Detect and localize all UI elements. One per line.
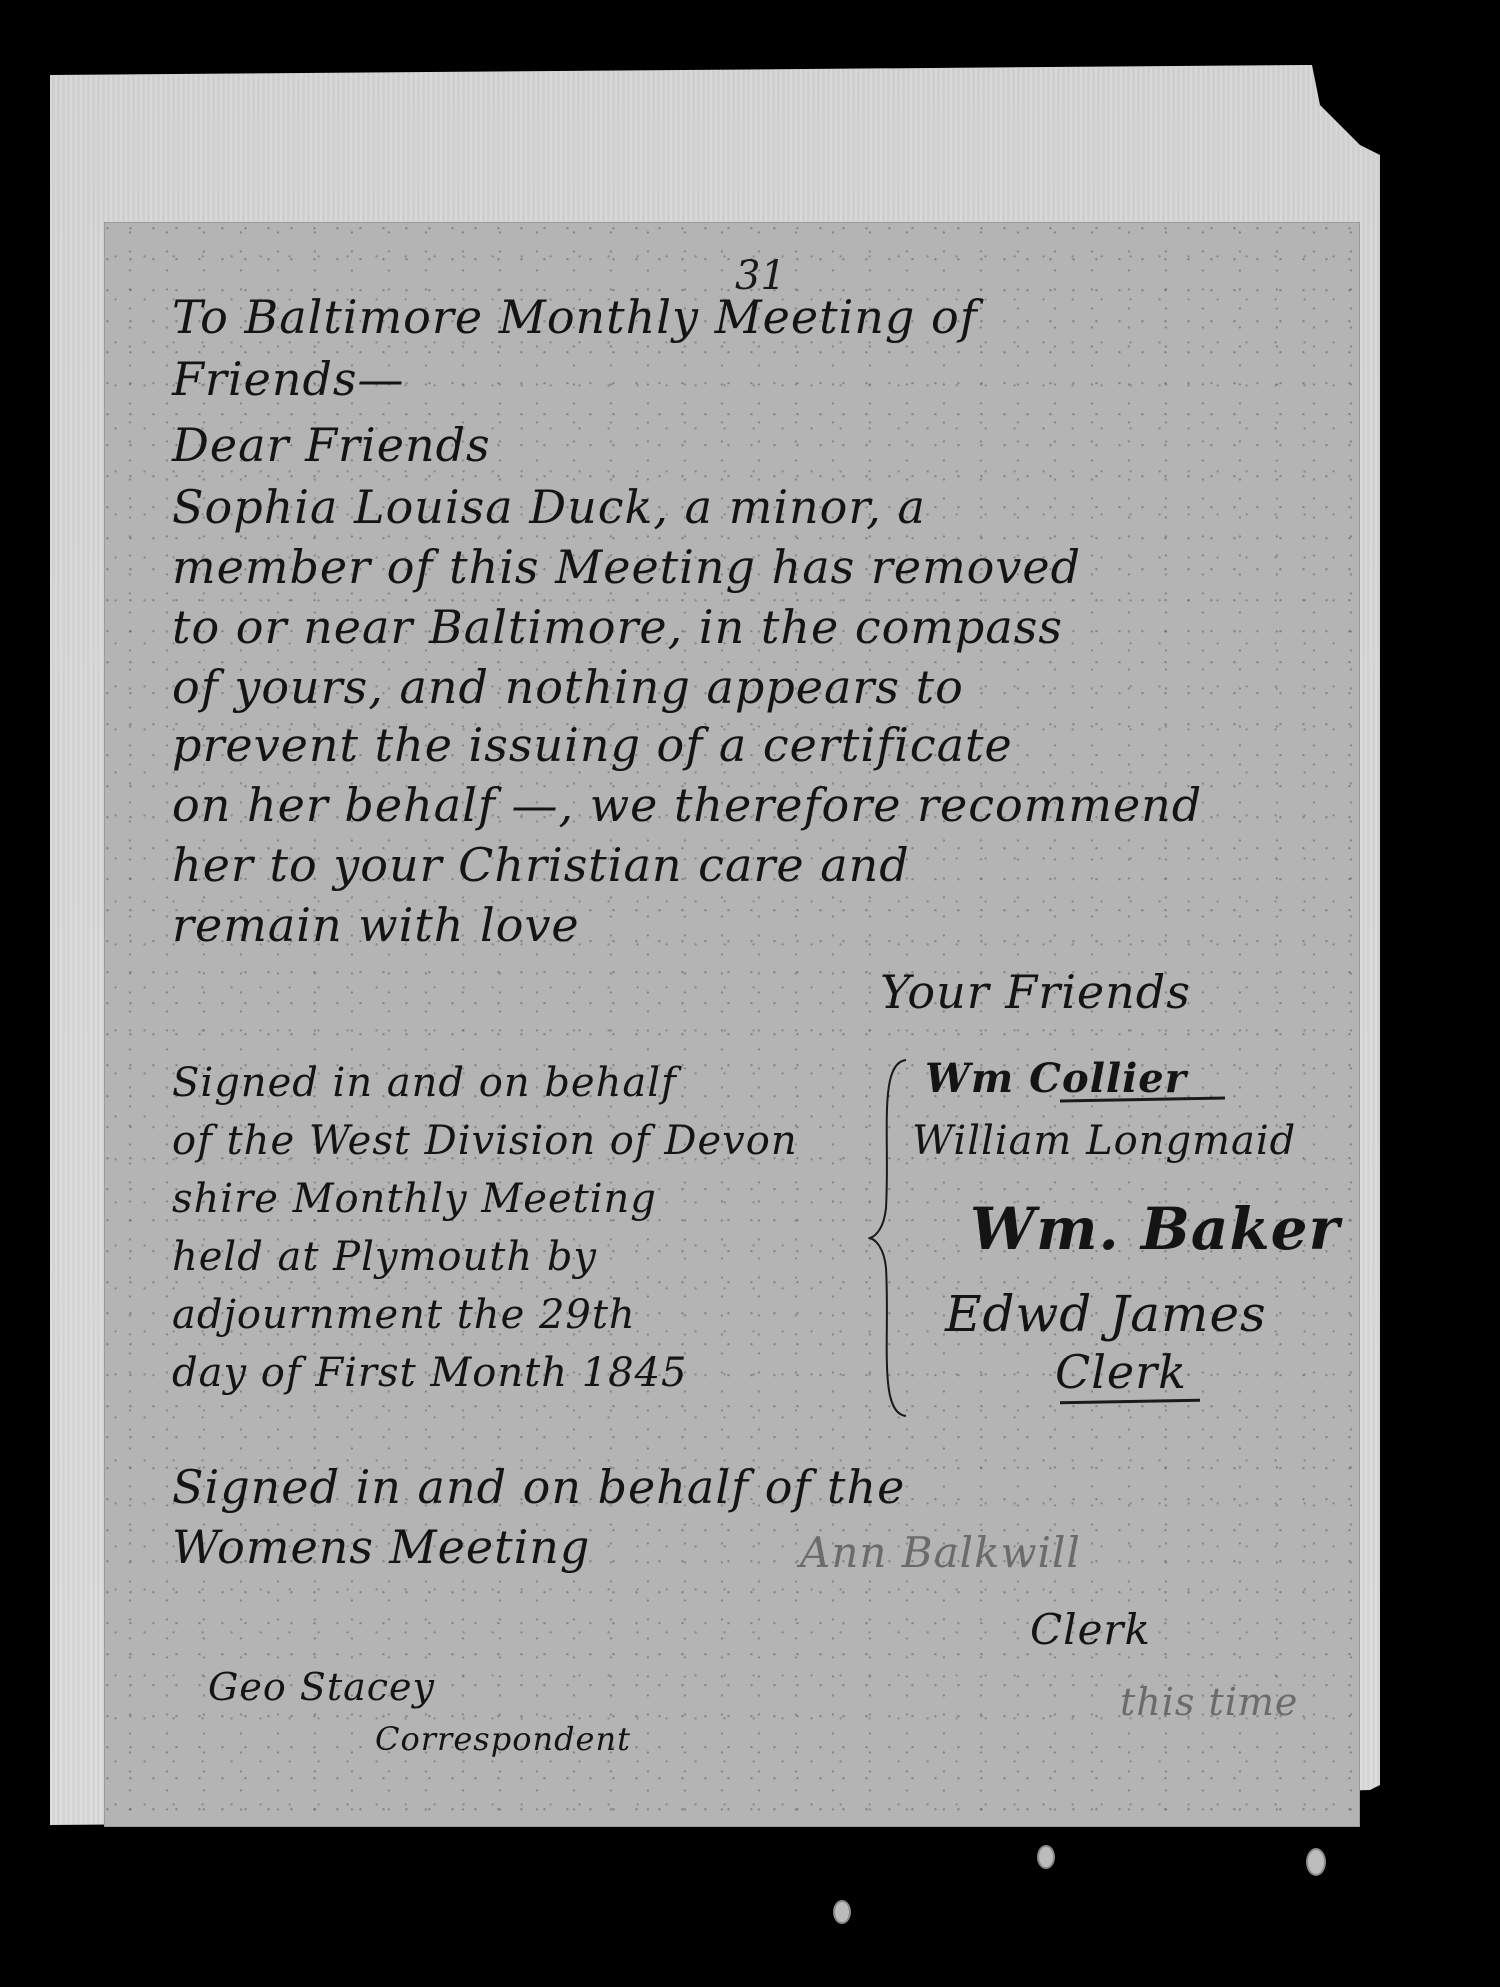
greeting: Dear Friends [172, 418, 491, 472]
clerk-label-womens: Clerk [1030, 1605, 1151, 1654]
paper-hole-mark [1306, 1848, 1326, 1876]
signature-geo-stacey: Geo Stacey [208, 1665, 435, 1709]
meeting-line: of the West Division of Devon [172, 1118, 798, 1164]
note-this-time: this time [1120, 1680, 1298, 1724]
address-line-1: To Baltimore Monthly Meeting of [172, 290, 978, 344]
signature-ann-balkwill: Ann Balkwill [800, 1528, 1081, 1577]
body-line: of yours, and nothing appears to [172, 660, 964, 714]
paper-hole-mark [1037, 1845, 1055, 1869]
body-line: prevent the issuing of a certificate [172, 718, 1013, 772]
womens-meeting-line: Womens Meeting [172, 1520, 590, 1574]
signature-william-longmaid: William Longmaid [912, 1118, 1296, 1164]
correspondent-label: Correspondent [375, 1720, 631, 1758]
closing: Your Friends [880, 965, 1191, 1019]
signature-wm-baker: Wm. Baker [970, 1195, 1340, 1263]
body-line: on her behalf —, we therefore recommend [172, 778, 1202, 832]
meeting-line: Signed in and on behalf [172, 1060, 677, 1106]
meeting-line: held at Plymouth by [172, 1234, 597, 1280]
body-line: her to your Christian care and [172, 838, 910, 892]
paper-hole-mark [833, 1900, 851, 1924]
womens-meeting-line: Signed in and on behalf of the [172, 1460, 905, 1514]
body-line: member of this Meeting has removed [172, 540, 1081, 594]
body-line: Sophia Louisa Duck, a minor, a [172, 480, 926, 534]
meeting-line: adjournment the 29th [172, 1292, 636, 1338]
clerk-label-monthly: Clerk [1055, 1345, 1187, 1399]
curly-brace [868, 1058, 908, 1418]
body-line: to or near Baltimore, in the compass [172, 600, 1063, 654]
body-line: remain with love [172, 898, 580, 952]
address-line-2: Friends— [172, 352, 405, 406]
meeting-line: shire Monthly Meeting [172, 1176, 657, 1222]
signature-edwd-james: Edwd James [945, 1285, 1267, 1343]
signature-wm-collier: Wm Collier [925, 1055, 1187, 1102]
meeting-line: day of First Month 1845 [172, 1350, 688, 1396]
